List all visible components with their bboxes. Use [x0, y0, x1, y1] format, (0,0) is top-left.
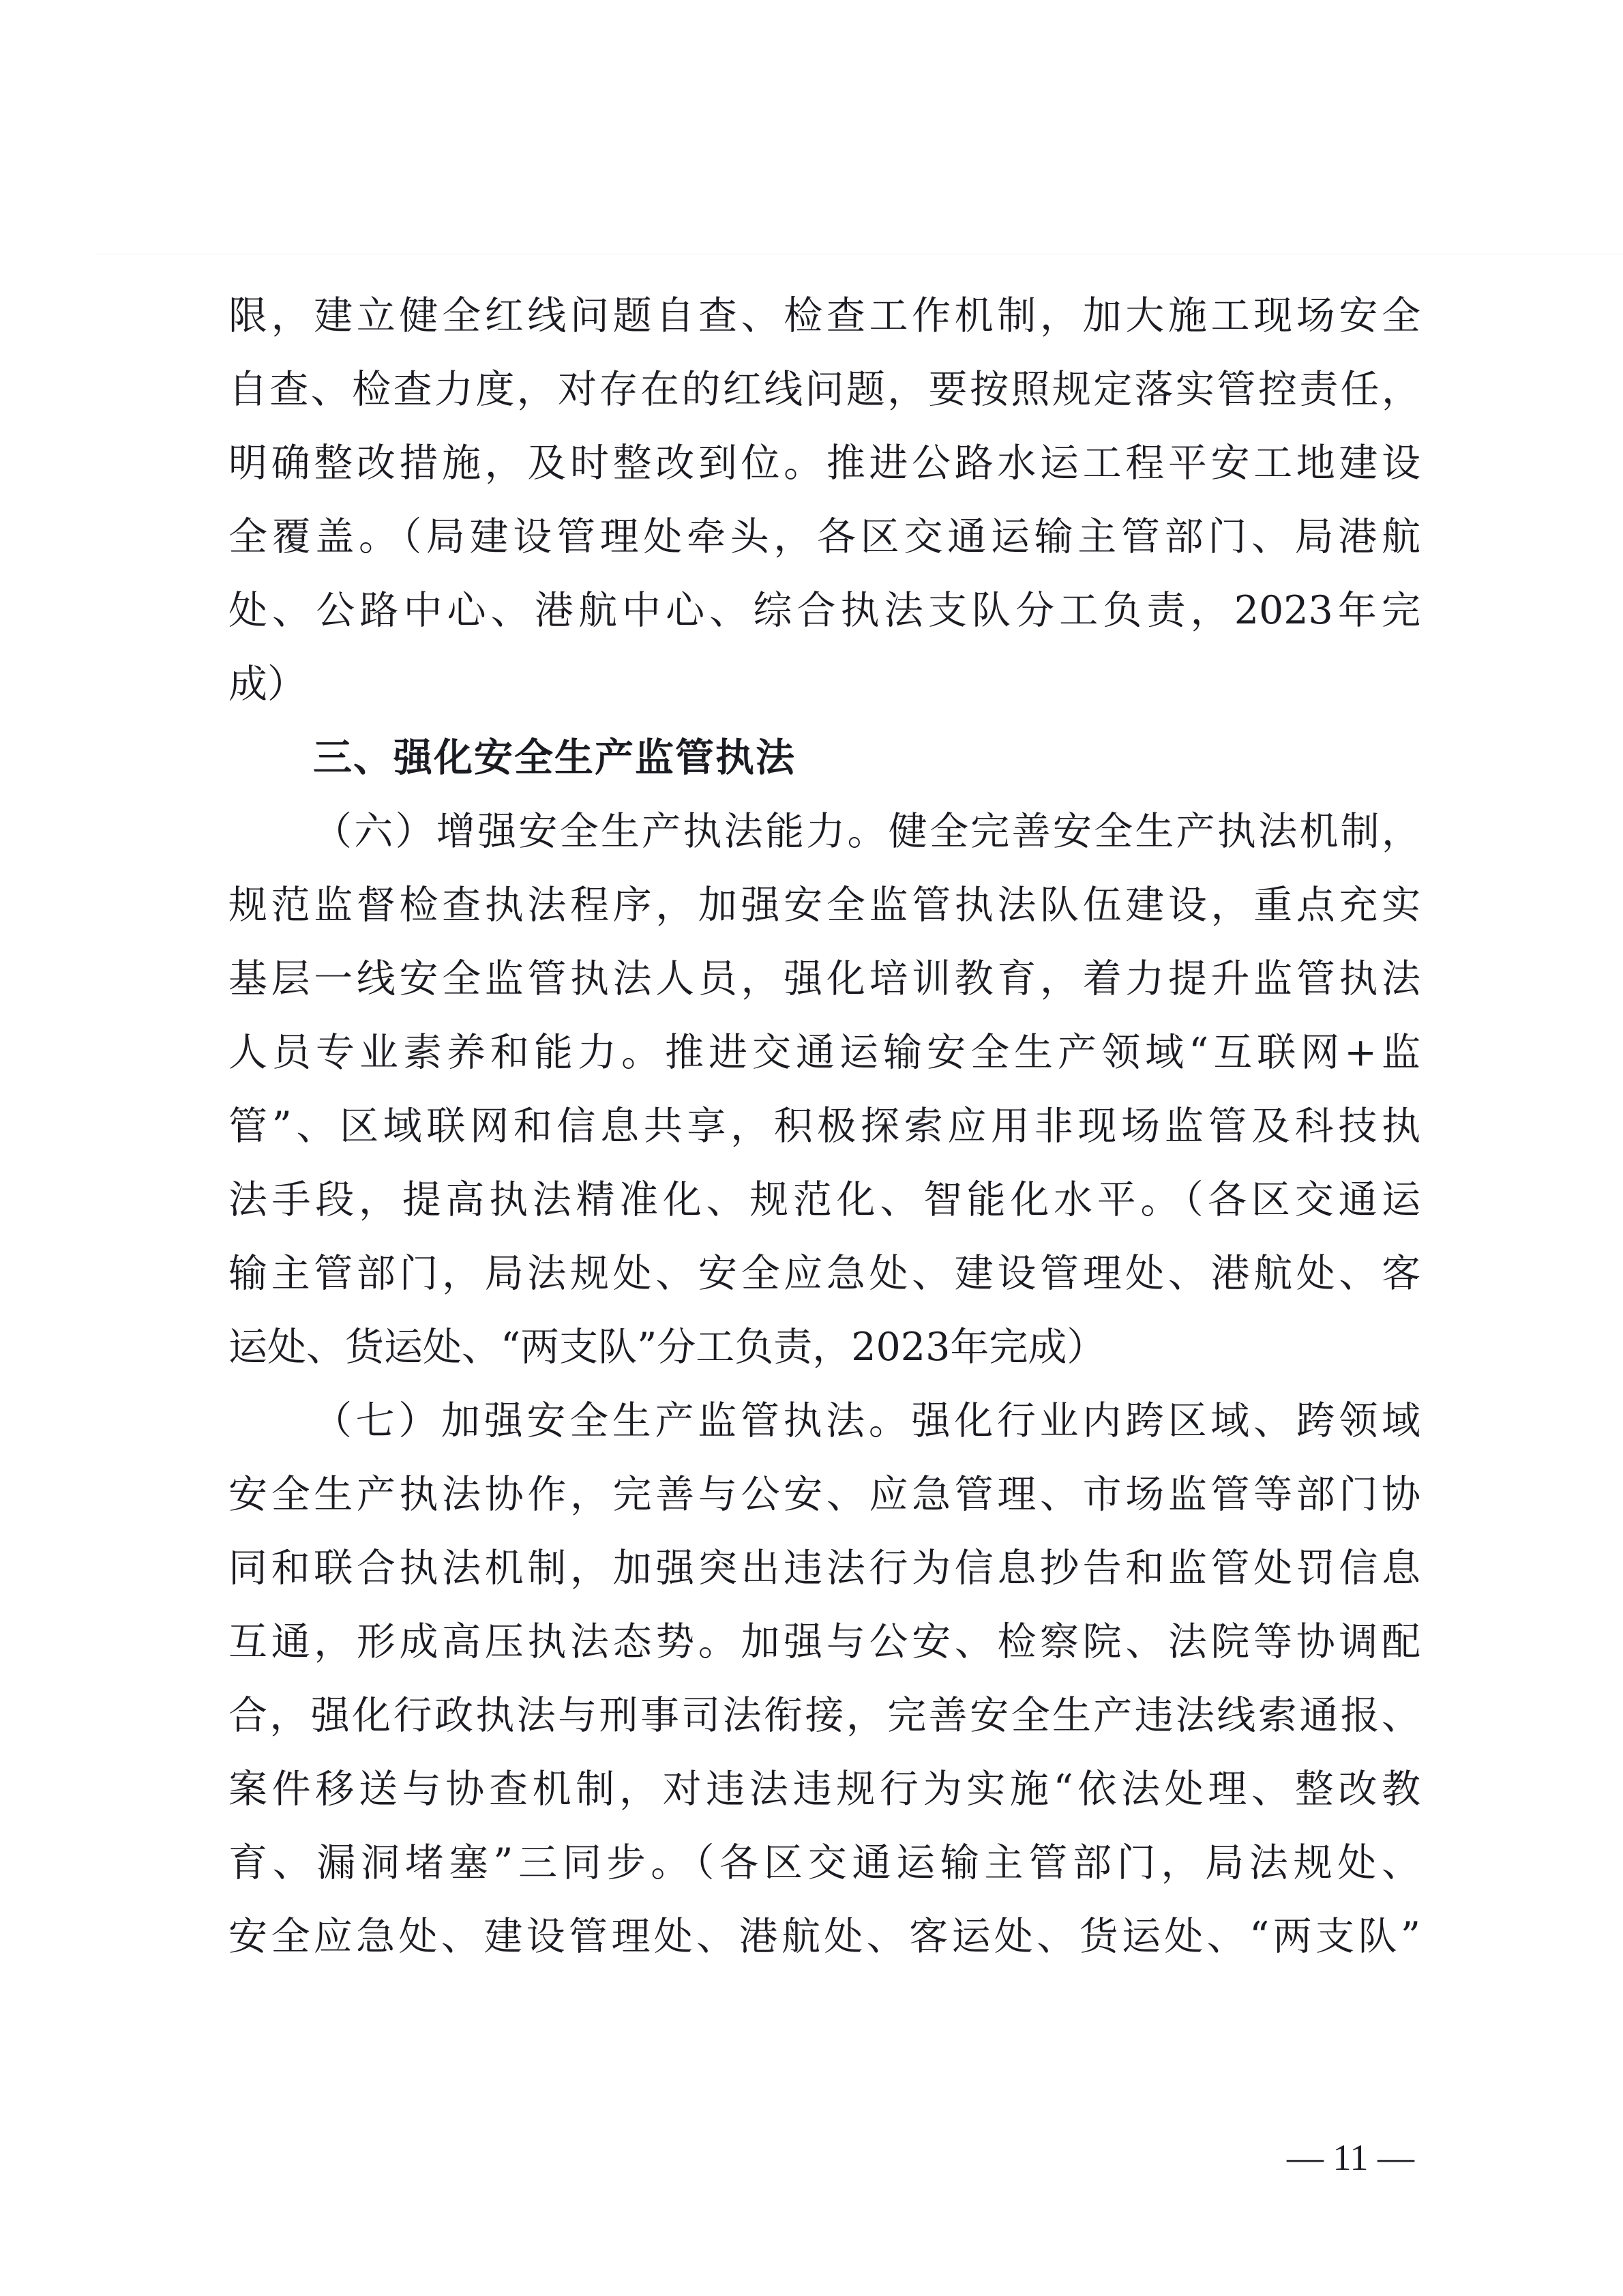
text-line: 自查、检查力度，对存在的红线问题，要按照规定落实管控责任， — [228, 353, 1420, 426]
text-line: 案件移送与协查机制，对违法违规行为实施“依法处理、整改教 — [228, 1752, 1420, 1826]
text-line: 基层一线安全监管执法人员，强化培训教育，着力提升监管执法 — [228, 942, 1420, 1016]
document-page: 限，建立健全红线问题自查、检查工作机制，加大施工现场安全 自查、检查力度，对存在… — [0, 0, 1623, 2296]
text-line: 人员专业素养和能力。推进交通运输安全生产领域“互联网+监 — [228, 1016, 1420, 1089]
text-line: 运处、货运处、“两支队”分工负责，2023年完成） — [228, 1310, 1420, 1384]
text-line: 育、漏洞堵塞”三同步。（各区交通运输主管部门，局法规处、 — [228, 1826, 1420, 1900]
page-number: — 11 — — [1274, 2134, 1427, 2181]
text-line: 合，强化行政执法与刑事司法衔接，完善安全生产违法线索通报、 — [228, 1679, 1420, 1752]
text-line: 成） — [228, 647, 1420, 721]
scan-artifact-line — [95, 254, 1623, 254]
text-line: （六）增强安全生产执法能力。健全完善安全生产执法机制， — [228, 795, 1420, 868]
paragraph-item-6: （六）增强安全生产执法能力。健全完善安全生产执法机制， 规范监督检查执法程序，加… — [228, 795, 1420, 1384]
text-line: 规范监督检查执法程序，加强安全监管执法队伍建设，重点充实 — [228, 868, 1420, 942]
text-line: 安全应急处、建设管理处、港航处、客运处、货运处、“两支队” — [228, 1900, 1420, 1973]
paragraph-continuation: 限，建立健全红线问题自查、检查工作机制，加大施工现场安全 自查、检查力度，对存在… — [228, 279, 1420, 721]
text-line: 全覆盖。（局建设管理处牵头，各区交通运输主管部门、局港航 — [228, 500, 1420, 574]
text-line: 互通，形成高压执法态势。加强与公安、检察院、法院等协调配 — [228, 1605, 1420, 1679]
text-line: （七）加强安全生产监管执法。强化行业内跨区域、跨领域 — [228, 1384, 1420, 1458]
text-line: 安全生产执法协作，完善与公安、应急管理、市场监管等部门协 — [228, 1458, 1420, 1531]
document-body: 限，建立健全红线问题自查、检查工作机制，加大施工现场安全 自查、检查力度，对存在… — [228, 279, 1420, 1973]
text-line: 限，建立健全红线问题自查、检查工作机制，加大施工现场安全 — [228, 279, 1420, 353]
text-line: 同和联合执法机制，加强突出违法行为信息抄告和监管处罚信息 — [228, 1531, 1420, 1605]
paragraph-item-7: （七）加强安全生产监管执法。强化行业内跨区域、跨领域 安全生产执法协作，完善与公… — [228, 1384, 1420, 1973]
text-line: 管”、区域联网和信息共享，积极探索应用非现场监管及科技执 — [228, 1089, 1420, 1163]
text-line: 输主管部门，局法规处、安全应急处、建设管理处、港航处、客 — [228, 1237, 1420, 1310]
text-line: 处、公路中心、港航中心、综合执法支队分工负责，2023年完 — [228, 574, 1420, 647]
section-heading: 三、强化安全生产监管执法 — [228, 721, 1420, 795]
text-line: 法手段，提高执法精准化、规范化、智能化水平。（各区交通运 — [228, 1163, 1420, 1237]
text-line: 明确整改措施，及时整改到位。推进公路水运工程平安工地建设 — [228, 426, 1420, 500]
